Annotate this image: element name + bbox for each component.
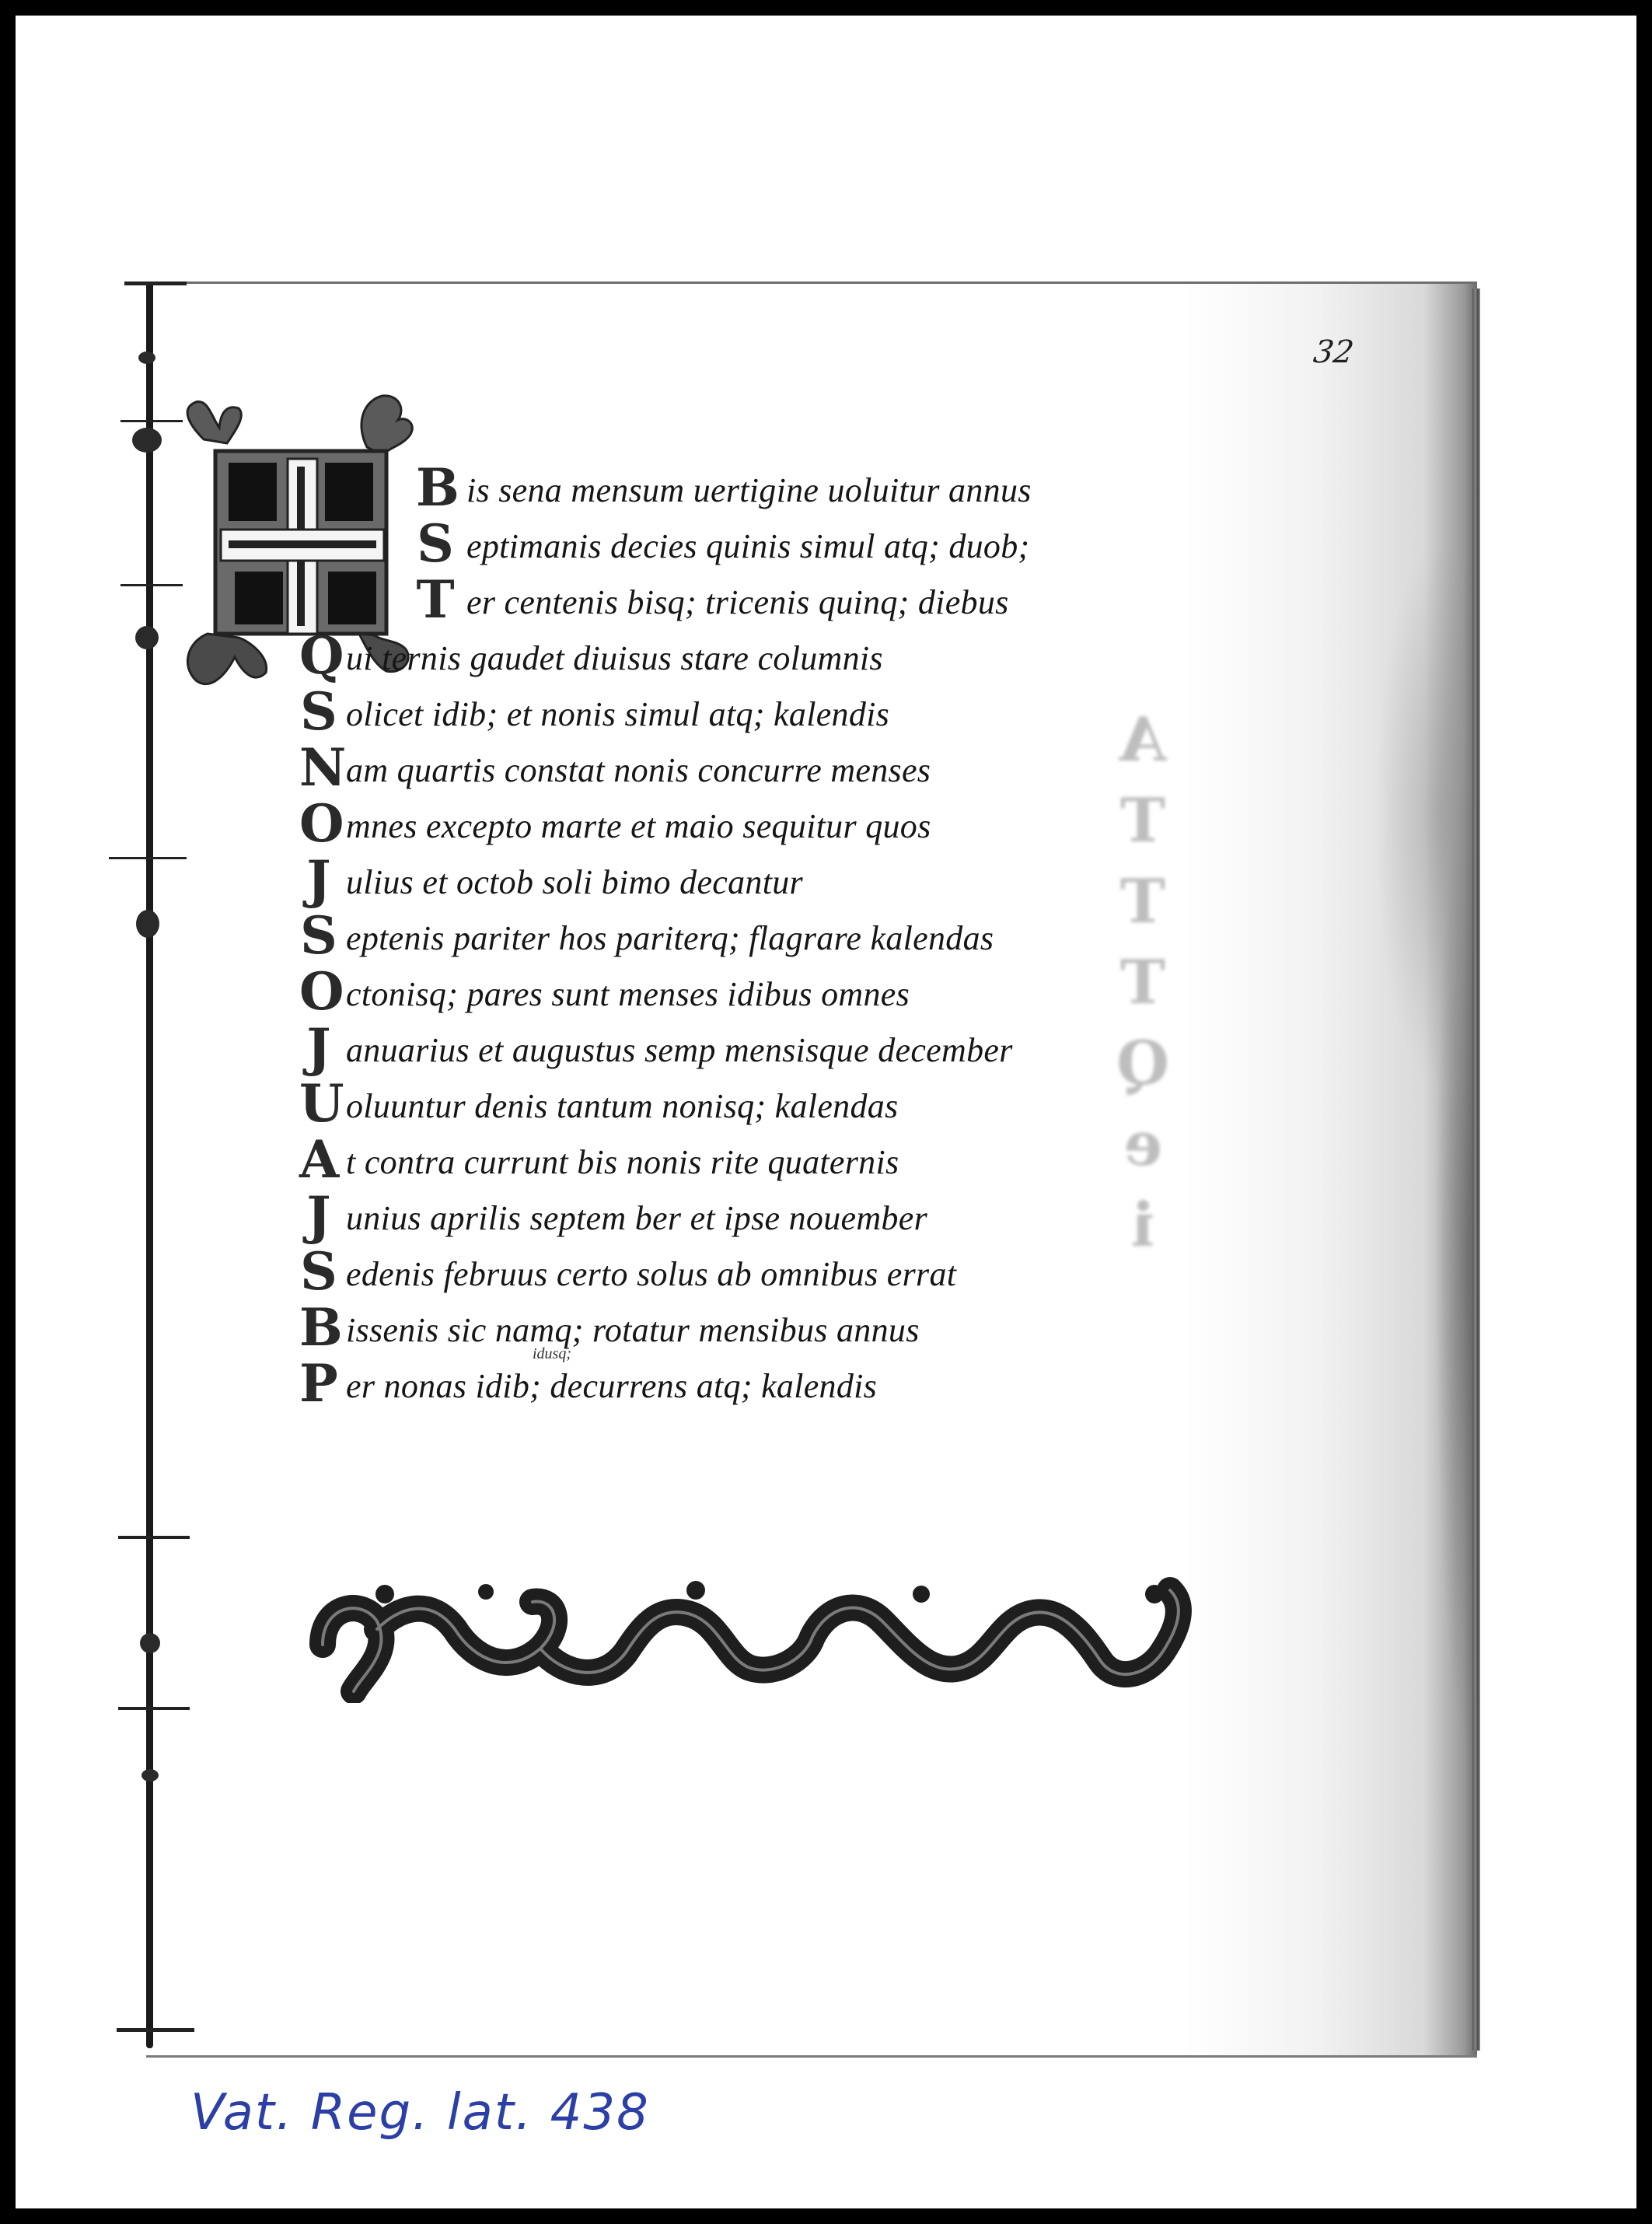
verse-line: J ulius et octob soli bimo decantur	[299, 851, 1217, 907]
verse-line: P er nonas idib; decurrens atq; kalendis	[299, 1355, 1217, 1411]
sewing-station	[117, 2028, 194, 2032]
verse-text: ulius et octob soli bimo decantur	[346, 863, 803, 902]
verse-text: oluuntur denis tantum nonisq; kalendas	[346, 1087, 898, 1126]
verse-text: eptenis pariter hos pariterq; flagrare k…	[346, 919, 994, 958]
verse-line: S edenis februus certo solus ab omnibus …	[299, 1243, 1217, 1299]
verse-line: J unius aprilis septem ber et ipse nouem…	[299, 1187, 1217, 1243]
verse-initial: S	[299, 910, 338, 961]
ghost-letter: T	[1096, 862, 1189, 942]
verse-text: er centenis bisq; tricenis quinq; diebus	[466, 583, 1009, 622]
sewing-knot	[136, 910, 159, 938]
verse-initial: O	[299, 798, 338, 849]
ghost-letter: T	[1096, 942, 1189, 1023]
verse-line: B is sena mensum uertigine uoluitur annu…	[299, 459, 1217, 515]
verse-initial: B	[299, 1302, 338, 1353]
verse-line: B issenis sic namq; rotatur mensibus ann…	[299, 1299, 1217, 1355]
verse-text: anuarius et augustus semp mensisque dece…	[346, 1031, 1013, 1070]
ghost-letter: Q	[1096, 1023, 1189, 1104]
verse-initial: S	[416, 518, 455, 569]
verse-line: O ctonisq; pares sunt menses idibus omne…	[299, 963, 1217, 1019]
verse-initial: B	[416, 462, 455, 513]
sewing-station	[124, 281, 187, 285]
binding-spine	[146, 281, 153, 2048]
verse-line: S olicet idib; et nonis simul atq; kalen…	[299, 683, 1217, 739]
verse-line: U oluuntur denis tantum nonisq; kalendas	[299, 1075, 1217, 1131]
verse-initial: S	[299, 1246, 338, 1297]
verse-initial: A	[299, 1134, 338, 1185]
ghost-letter: A	[1096, 700, 1189, 781]
sewing-knot	[135, 626, 159, 649]
verse-initial: U	[299, 1078, 338, 1129]
verse-text: eptimanis decies quinis simul atq; duob;	[466, 527, 1030, 566]
verse-initial: O	[299, 966, 338, 1017]
verse-text: olicet idib; et nonis simul atq; kalendi…	[346, 695, 889, 734]
shelfmark-caption: Vat. Reg. lat. 438	[190, 2084, 650, 2142]
verse-initial: J	[299, 1022, 338, 1073]
verse-line: A t contra currunt bis nonis rite quater…	[299, 1131, 1217, 1187]
verse-initial: J	[299, 854, 338, 905]
verse-line: S eptenis pariter hos pariterq; flagrare…	[299, 907, 1217, 963]
sewing-station	[118, 1536, 190, 1539]
offset-ghost-letters: A T T T Q e i	[1096, 700, 1189, 1266]
folio-number: 32	[1311, 334, 1356, 370]
verse-text: am quartis constat nonis concurre menses	[346, 751, 931, 790]
water-stain	[1291, 284, 1477, 2055]
verse-text: ctonisq; pares sunt menses idibus omnes	[346, 975, 910, 1014]
sewing-knot	[132, 428, 162, 453]
verse-text: mnes excepto marte et maio sequitur quos	[346, 807, 931, 846]
verse-text-block: B is sena mensum uertigine uoluitur annu…	[299, 459, 1217, 1411]
verse-text: issenis sic namq; rotatur mensibus annus	[346, 1311, 920, 1350]
verse-initial: P	[299, 1358, 338, 1409]
verse-initial: N	[299, 742, 338, 793]
verse-initial: Q	[299, 630, 338, 681]
sewing-station	[109, 857, 187, 859]
sewing-station	[118, 1707, 190, 1710]
leaf-fore-edge	[1472, 288, 1480, 2051]
verse-line: J anuarius et augustus semp mensisque de…	[299, 1019, 1217, 1075]
verse-line: S eptimanis decies quinis simul atq; duo…	[299, 515, 1217, 571]
ghost-letter: T	[1096, 781, 1189, 862]
verse-text: er nonas idib; decurrens atq; kalendis	[346, 1367, 877, 1406]
ghost-letter: e	[1096, 1104, 1189, 1185]
verse-initial: T	[416, 574, 455, 625]
sewing-knot	[141, 1769, 159, 1782]
verse-line: N am quartis constat nonis concurre mens…	[299, 739, 1217, 795]
verse-line: Q ui ternis gaudet diuisus stare columni…	[299, 627, 1217, 683]
verse-text: edenis februus certo solus ab omnibus er…	[346, 1255, 956, 1294]
interlace-ornament-icon	[307, 1575, 1213, 1703]
verse-initial: J	[299, 1190, 338, 1241]
verse-line: T er centenis bisq; tricenis quinq; dieb…	[299, 571, 1217, 627]
verse-text: ui ternis gaudet diuisus stare columnis	[346, 639, 883, 678]
ghost-letter: i	[1096, 1185, 1189, 1266]
verse-text: t contra currunt bis nonis rite quaterni…	[346, 1143, 899, 1182]
verse-text: unius aprilis septem ber et ipse nouembe…	[346, 1199, 927, 1238]
verse-text: is sena mensum uertigine uoluitur annus	[466, 471, 1032, 510]
sewing-knot	[138, 351, 155, 364]
verse-initial: S	[299, 686, 338, 737]
verse-line: O mnes excepto marte et maio sequitur qu…	[299, 795, 1217, 851]
sewing-knot	[140, 1633, 160, 1653]
